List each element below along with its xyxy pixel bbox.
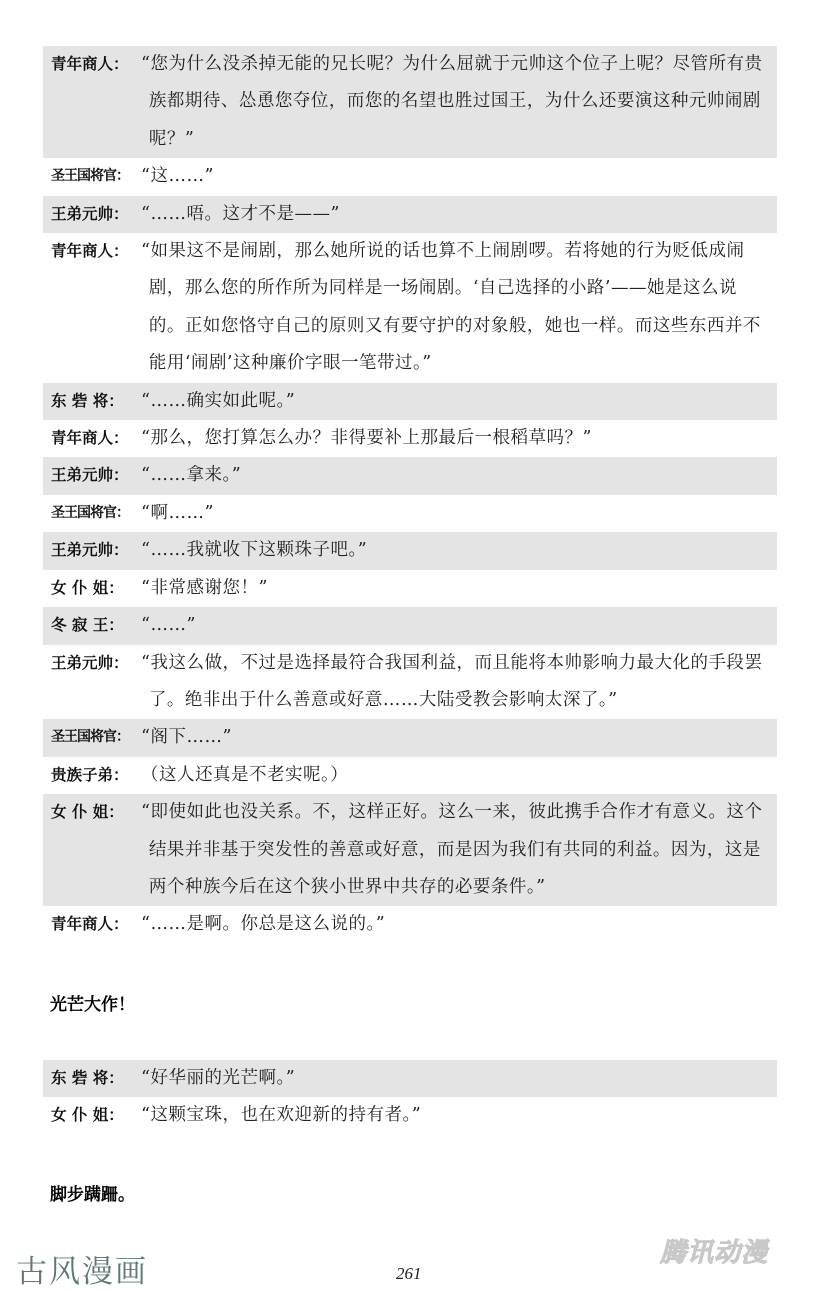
dialogue-row: 王弟元帅： “……我就收下这颗珠子吧。” — [43, 532, 777, 569]
dialogue-row: 冬 寂 王： “……” — [43, 607, 777, 644]
dialogue-row: 王弟元帅： “……拿来。” — [43, 457, 777, 494]
speech-text: “即使如此也没关系。不，这样正好。这么一来，彼此携手合作才有意义。这个结果并非基… — [141, 794, 777, 906]
speaker-label: 圣王国将官： — [43, 158, 141, 195]
dialogue-row: 圣王国将官： “啊……” — [43, 495, 777, 532]
dialogue-row: 青年商人： “那么，您打算怎么办？非得要补上那最后一根稻草吗？” — [43, 420, 777, 457]
watermark-logo-right: 腾讯动漫 — [660, 1232, 768, 1269]
dialogue-row: 王弟元帅： “……唔。这才不是——” — [43, 196, 777, 233]
speaker-label: 王弟元帅： — [43, 532, 141, 569]
speech-text: “……是啊。你总是这么说的。” — [141, 906, 777, 943]
speaker-label: 东 砦 将： — [43, 383, 141, 420]
dialogue-row: 青年商人： “您为什么没杀掉无能的兄长呢？为什么屈就于元帅这个位子上呢？尽管所有… — [43, 46, 777, 158]
speech-text: “这……” — [141, 158, 777, 195]
speaker-label: 东 砦 将： — [43, 1060, 141, 1097]
speech-text: “我这么做，不过是选择最符合我国利益，而且能将本帅影响力最大化的手段罢了。绝非出… — [141, 645, 777, 720]
speaker-label: 王弟元帅： — [43, 196, 141, 233]
speaker-label: 青年商人： — [43, 906, 141, 943]
speech-text: “这颗宝珠，也在欢迎新的持有者。” — [141, 1097, 777, 1134]
dialogue-block-1: 青年商人： “您为什么没杀掉无能的兄长呢？为什么屈就于元帅这个位子上呢？尽管所有… — [43, 46, 777, 944]
speaker-label: 女 仆 姐： — [43, 794, 141, 831]
dialogue-block-2: 东 砦 将： “好华丽的光芒啊。” 女 仆 姐： “这颗宝珠，也在欢迎新的持有者… — [43, 1060, 777, 1135]
speaker-label: 圣王国将官： — [43, 495, 141, 532]
speech-text: “……确实如此呢。” — [141, 383, 777, 420]
speech-text: “您为什么没杀掉无能的兄长呢？为什么屈就于元帅这个位子上呢？尽管所有贵族都期待、… — [141, 46, 777, 158]
dialogue-row: 圣王国将官： “阁下……” — [43, 719, 777, 756]
watermark-logo-left: 古风漫画 — [16, 1246, 148, 1291]
speaker-label: 青年商人： — [43, 420, 141, 457]
dialogue-row: 女 仆 姐： “非常感谢您！” — [43, 570, 777, 607]
speaker-label: 冬 寂 王： — [43, 607, 141, 644]
speech-text: “……我就收下这颗珠子吧。” — [141, 532, 777, 569]
speech-text: “非常感谢您！” — [141, 570, 777, 607]
speech-text: “好华丽的光芒啊。” — [141, 1060, 777, 1097]
dialogue-row: 贵族子弟： （这人还真是不老实呢。） — [43, 757, 777, 794]
speaker-label: 女 仆 姐： — [43, 1097, 141, 1134]
speech-text: “啊……” — [141, 495, 777, 532]
speech-text: “如果这不是闹剧，那么她所说的话也算不上闹剧啰。若将她的行为贬低成闹剧，那么您的… — [141, 233, 777, 383]
speech-text: “……唔。这才不是——” — [141, 196, 777, 233]
dialogue-row: 东 砦 将： “好华丽的光芒啊。” — [43, 1060, 777, 1097]
dialogue-row: 女 仆 姐： “这颗宝珠，也在欢迎新的持有者。” — [43, 1097, 777, 1134]
page-number: 261 — [396, 1264, 422, 1284]
speaker-label: 女 仆 姐： — [43, 570, 141, 607]
speaker-label: 贵族子弟： — [43, 757, 141, 794]
speech-text: “那么，您打算怎么办？非得要补上那最后一根稻草吗？” — [141, 420, 777, 457]
dialogue-row: 圣王国将官： “这……” — [43, 158, 777, 195]
dialogue-row: 王弟元帅： “我这么做，不过是选择最符合我国利益，而且能将本帅影响力最大化的手段… — [43, 645, 777, 720]
speech-text: “阁下……” — [141, 719, 777, 756]
dialogue-row: 青年商人： “……是啊。你总是这么说的。” — [43, 906, 777, 943]
speaker-label: 青年商人： — [43, 233, 141, 270]
speaker-label: 青年商人： — [43, 46, 141, 83]
dialogue-row: 东 砦 将： “……确实如此呢。” — [43, 383, 777, 420]
stage-direction: 光芒大作！ — [50, 990, 135, 1015]
speech-text: “……拿来。” — [141, 457, 777, 494]
speech-text: （这人还真是不老实呢。） — [141, 757, 777, 794]
speaker-label: 圣王国将官： — [43, 719, 141, 756]
speaker-label: 王弟元帅： — [43, 457, 141, 494]
speech-text: “……” — [141, 607, 777, 644]
dialogue-row: 青年商人： “如果这不是闹剧，那么她所说的话也算不上闹剧啰。若将她的行为贬低成闹… — [43, 233, 777, 383]
dialogue-row: 女 仆 姐： “即使如此也没关系。不，这样正好。这么一来，彼此携手合作才有意义。… — [43, 794, 777, 906]
stage-direction: 脚步蹒跚。 — [50, 1180, 135, 1205]
speaker-label: 王弟元帅： — [43, 645, 141, 682]
